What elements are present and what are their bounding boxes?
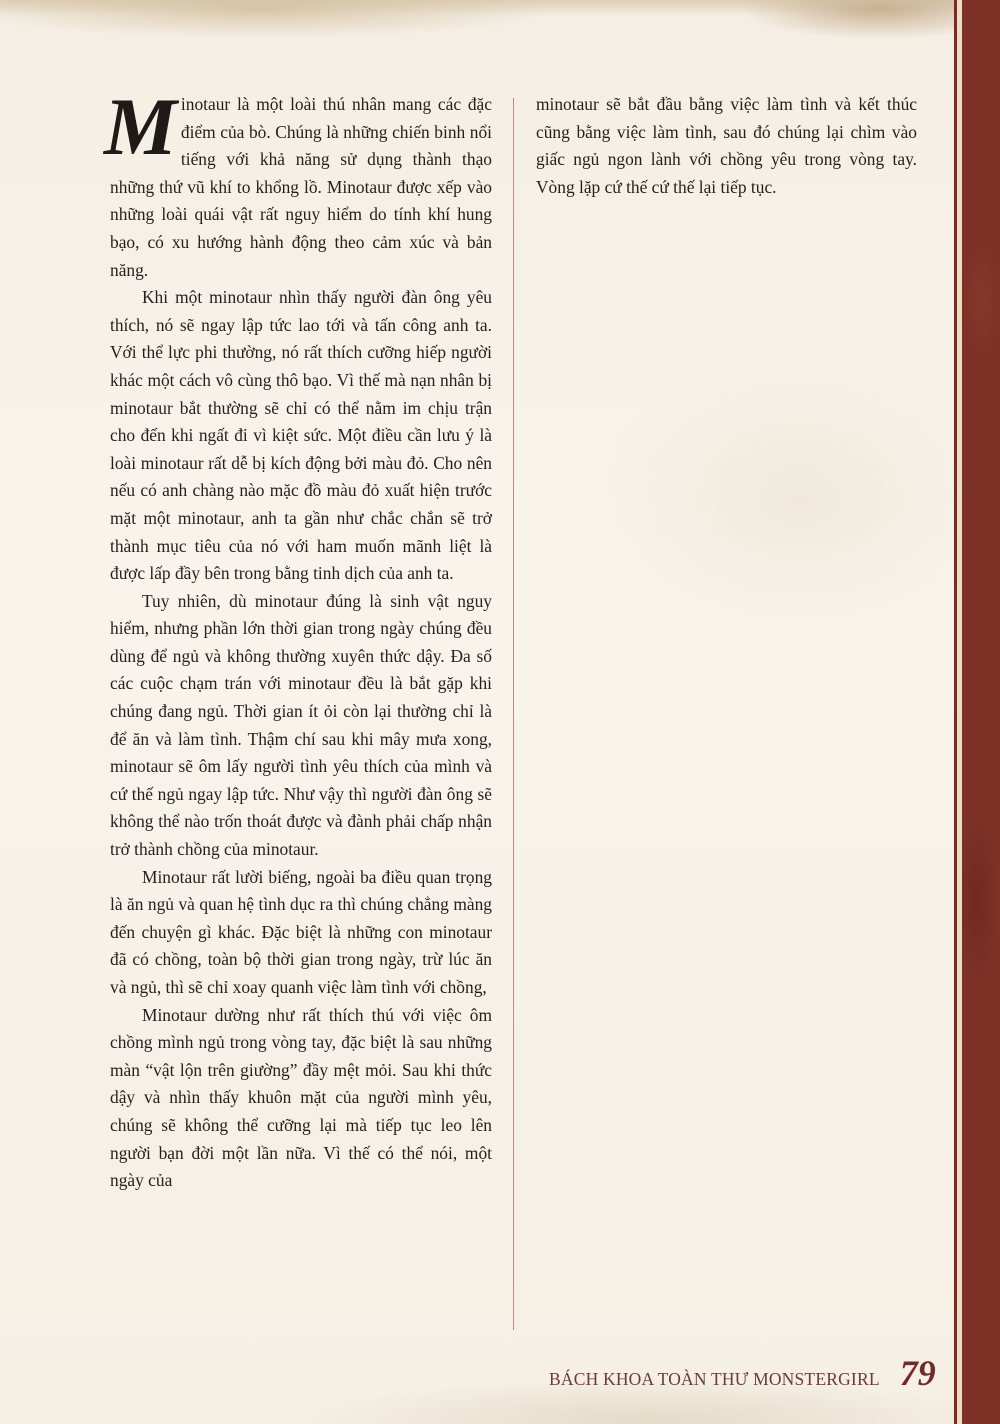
right-text-column: minotaur sẽ bắt đầu bằng việc làm tình v… [536,91,917,201]
top-edge-stain [0,0,960,16]
page-number: 79 [900,1352,936,1394]
running-footer-title: BÁCH KHOA TOÀN THƯ MONSTERGIRL [549,1369,880,1390]
spine-band [962,0,1000,1424]
left-text-column: Minotaur là một loài thú nhân mang các đ… [110,91,492,1195]
paragraph-embrace: Minotaur dường như rất thích thú với việ… [110,1002,492,1195]
paragraph-attack: Khi một minotaur nhìn thấy người đàn ông… [110,284,492,588]
paragraph-embrace-continued: minotaur sẽ bắt đầu bằng việc làm tình v… [536,91,917,201]
paragraph-intro: Minotaur là một loài thú nhân mang các đ… [110,91,492,284]
paragraph-sleep: Tuy nhiên, dù minotaur đúng là sinh vật … [110,588,492,864]
paragraph-lazy: Minotaur rất lười biếng, ngoài ba điều q… [110,864,492,1002]
column-divider [513,98,514,1330]
drop-cap: M [104,95,177,157]
page-footer: BÁCH KHOA TOÀN THƯ MONSTERGIRL 79 [549,1352,939,1392]
